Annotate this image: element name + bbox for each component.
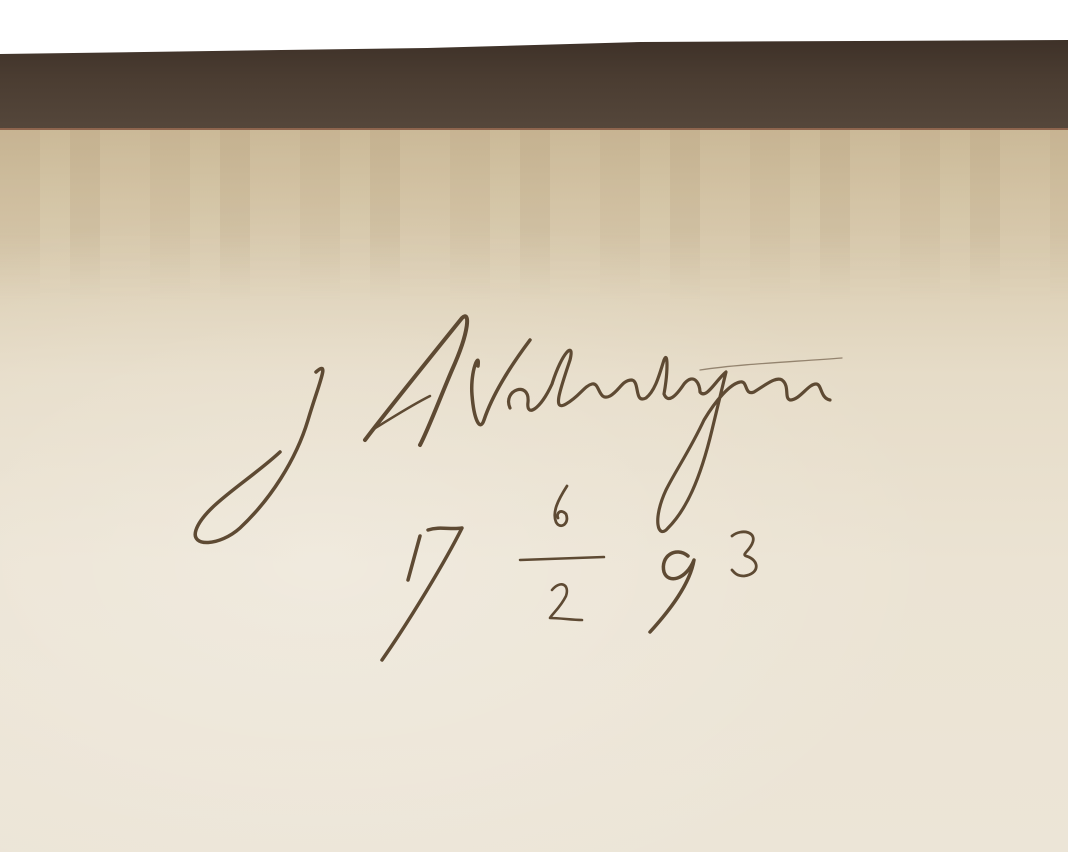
signature-letter-j [195, 369, 323, 543]
date-day [382, 528, 462, 660]
handwritten-inscription [0, 0, 1068, 852]
signature-letter-v [472, 340, 530, 425]
signature-word-alentyn [509, 350, 842, 531]
date-fraction [520, 486, 604, 620]
signature-letter-a [365, 316, 467, 445]
photograph: J A Valentyn 17 6/2 93 [0, 0, 1068, 852]
date-year [650, 532, 756, 632]
